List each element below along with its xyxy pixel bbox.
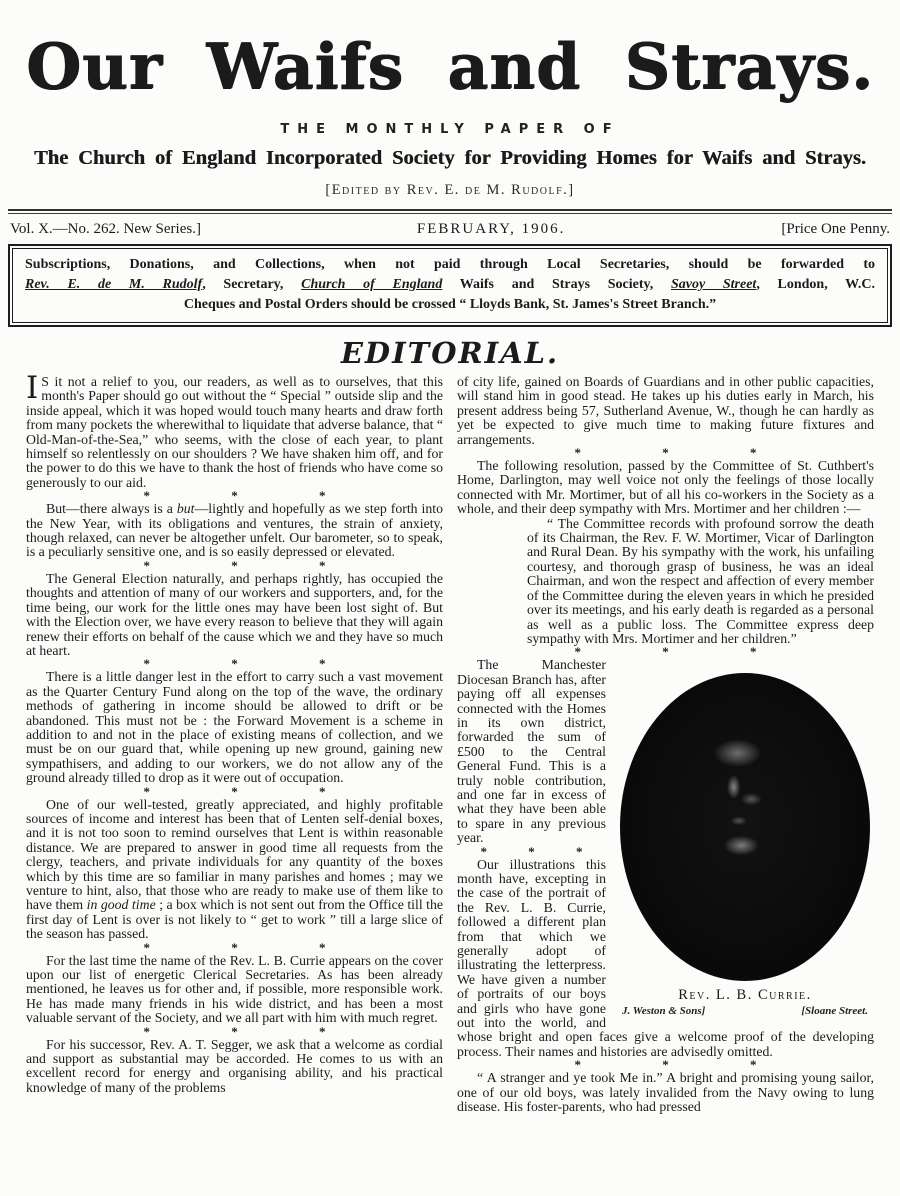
resolution-quote: “ The Committee records with profound so… [527, 517, 874, 647]
text-with-portrait: Rev. L. B. Currie. J. Weston & Sons] [Sl… [457, 658, 874, 1059]
paragraph: One of our well-tested, greatly apprecia… [26, 798, 443, 942]
paper-title: Our Waifs and Strays. [26, 20, 874, 112]
asterisk-separator: * * * [26, 1026, 443, 1038]
portrait-credits: J. Weston & Sons] [Sloane Street. [616, 1004, 874, 1018]
society-name-line: The Church of England Incorporated Socie… [34, 146, 866, 171]
price-label: [Price One Penny. [781, 221, 890, 238]
masthead-section: Our Waifs and Strays. THE MONTHLY PAPER … [0, 20, 900, 327]
paragraph-text: S it not a relief to you, our readers, a… [26, 374, 443, 490]
paragraph-opening: IS it not a relief to you, our readers, … [26, 375, 443, 490]
newspaper-page: Our Waifs and Strays. THE MONTHLY PAPER … [0, 0, 900, 1196]
editorial-heading: EDITORIAL. [0, 336, 900, 370]
left-column: IS it not a relief to you, our readers, … [26, 375, 443, 1115]
asterisk-separator: * * * [26, 942, 443, 954]
right-column: of city life, gained on Boards of Guardi… [457, 375, 874, 1115]
portrait-photo [620, 673, 870, 981]
paragraph: For his successor, Rev. A. T. Segger, we… [26, 1038, 443, 1096]
subscription-notice-box: Subscriptions, Donations, and Collection… [8, 244, 892, 327]
editor-line: [Edited by Rev. E. de M. Rudolf.] [0, 182, 900, 199]
portrait-caption: Rev. L. B. Currie. [616, 988, 874, 1002]
double-rule [8, 209, 892, 214]
paragraph: “ A stranger and ye took Me in.” A brigh… [457, 1071, 874, 1114]
notice-line-1: Subscriptions, Donations, and Collection… [25, 255, 875, 275]
photographer-credit: J. Weston & Sons] [622, 1004, 705, 1018]
asterisk-separator: * * * [457, 846, 606, 858]
paragraph: The General Election naturally, and perh… [26, 572, 443, 658]
volume-number: Vol. X.—No. 262. New Series.] [10, 221, 201, 238]
issue-date: FEBRUARY, 1906. [417, 221, 566, 238]
notice-line-2: Rev. E. de M. Rudolf, Secretary, Church … [25, 275, 875, 295]
paragraph-continuation: of city life, gained on Boards of Guardi… [457, 375, 874, 447]
drop-cap: I [26, 375, 41, 401]
paragraph: There is a little danger lest in the eff… [26, 670, 443, 785]
paragraph: For the last time the name of the Rev. L… [26, 954, 443, 1026]
notice-line-3: Cheques and Postal Orders should be cros… [25, 295, 875, 315]
editorial-body: IS it not a relief to you, our readers, … [26, 375, 874, 1115]
monthly-paper-line: THE MONTHLY PAPER OF [0, 122, 900, 137]
portrait-figure: Rev. L. B. Currie. J. Weston & Sons] [Sl… [616, 673, 874, 1018]
studio-address: [Sloane Street. [801, 1004, 868, 1018]
paragraph: But—there always is a but—lightly and ho… [26, 502, 443, 560]
paragraph: The following resolution, passed by the … [457, 459, 874, 517]
issue-info-row: Vol. X.—No. 262. New Series.] FEBRUARY, … [10, 221, 890, 238]
